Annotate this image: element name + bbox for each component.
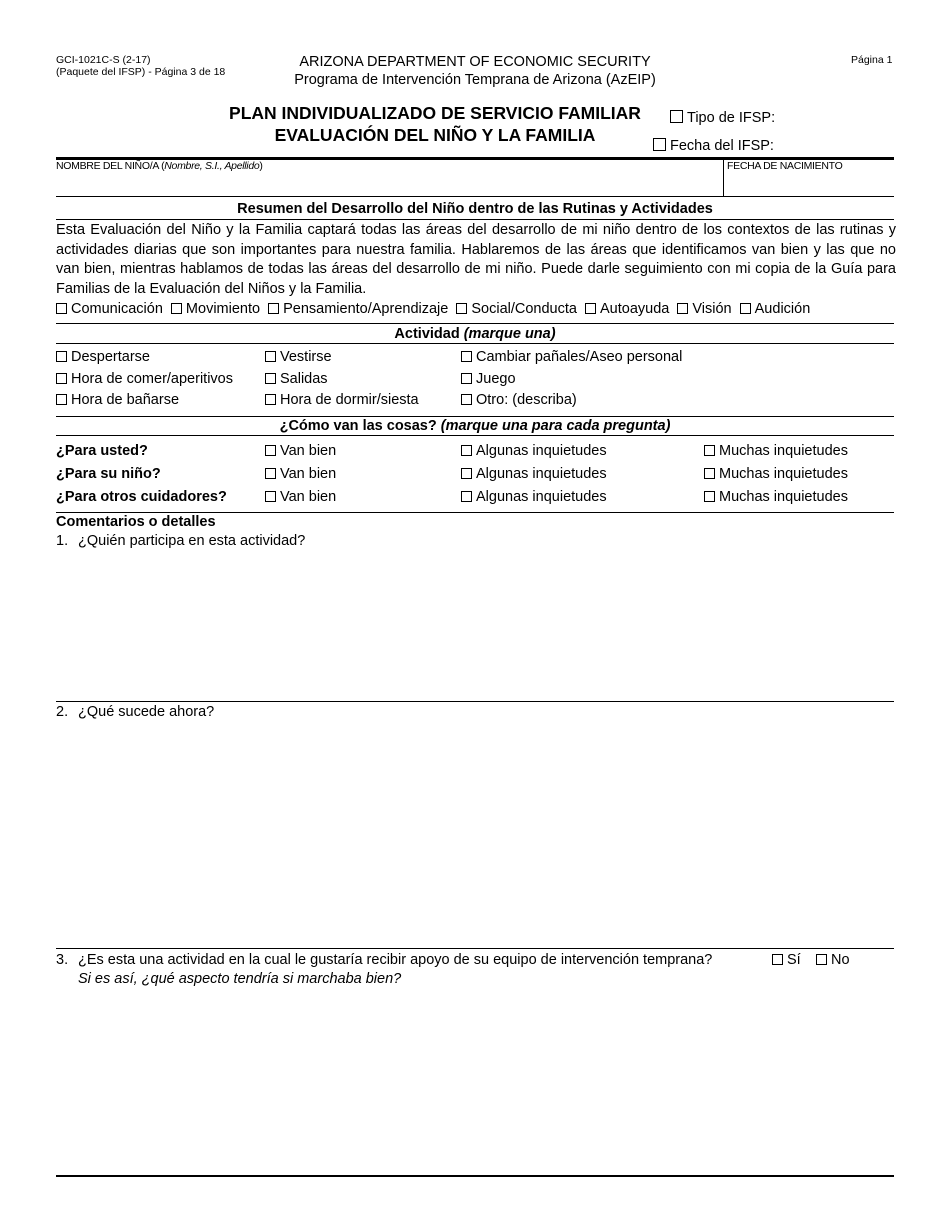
- area-autoayuda[interactable]: Autoayuda: [585, 301, 669, 317]
- checkbox[interactable]: [265, 491, 276, 502]
- area-movimiento[interactable]: Movimiento: [171, 301, 260, 317]
- checkbox[interactable]: [772, 954, 783, 965]
- comments-heading: Comentarios o detalles: [56, 513, 216, 531]
- how-going-heading: ¿Cómo van las cosas? (marque una para ca…: [56, 417, 894, 435]
- answer-2-input[interactable]: [56, 724, 898, 948]
- checkbox[interactable]: [461, 351, 472, 362]
- area-audicion[interactable]: Audición: [740, 301, 811, 317]
- divider: [56, 948, 894, 949]
- checkbox[interactable]: [816, 954, 827, 965]
- activity-dormir[interactable]: Hora de dormir/siesta: [265, 391, 419, 409]
- area-social[interactable]: Social/Conducta: [456, 301, 577, 317]
- question-3: ¿Es esta una actividad en la cual le gus…: [78, 951, 712, 969]
- checkbox[interactable]: [265, 468, 276, 479]
- checkbox[interactable]: [461, 445, 472, 456]
- checkbox[interactable]: [268, 303, 279, 314]
- q3-yes-option[interactable]: Sí: [772, 951, 801, 969]
- q3-no-option[interactable]: No: [816, 951, 850, 969]
- divider: [56, 701, 894, 702]
- activity-banarse[interactable]: Hora de bañarse: [56, 391, 179, 409]
- area-comunicacion[interactable]: Comunicación: [56, 301, 163, 317]
- ifsp-type-checkbox[interactable]: [670, 110, 683, 123]
- divider: [56, 343, 894, 344]
- packet-page: (Paquete del IFSP) - Página 3 de 18: [56, 66, 225, 78]
- program-name: Programa de Intervención Temprana de Ari…: [230, 71, 720, 89]
- checkbox[interactable]: [704, 468, 715, 479]
- activity-juego[interactable]: Juego: [461, 370, 516, 388]
- checkbox[interactable]: [56, 373, 67, 384]
- development-areas: Comunicación Movimiento Pensamiento/Apre…: [56, 300, 814, 318]
- checkbox[interactable]: [265, 394, 276, 405]
- area-pensamiento[interactable]: Pensamiento/Aprendizaje: [268, 301, 448, 317]
- checkbox[interactable]: [56, 394, 67, 405]
- dob-input[interactable]: [727, 174, 892, 194]
- checkbox[interactable]: [265, 373, 276, 384]
- ifsp-date-checkbox[interactable]: [653, 138, 666, 151]
- dob-label: FECHA DE NACIMIENTO: [727, 160, 842, 172]
- cuidadores-algunas[interactable]: Algunas inquietudes: [461, 488, 607, 506]
- answer-1-input[interactable]: [56, 552, 898, 702]
- divider: [56, 323, 894, 324]
- ifsp-date-label: Fecha del IFSP:: [670, 138, 774, 154]
- checkbox[interactable]: [461, 491, 472, 502]
- ifsp-type-label: Tipo de IFSP:: [687, 110, 775, 126]
- field-divider: [723, 160, 724, 196]
- question-para-usted: ¿Para usted?: [56, 442, 148, 460]
- summary-intro: Esta Evaluación del Niño y la Familia ca…: [56, 221, 896, 299]
- checkbox[interactable]: [56, 303, 67, 314]
- checkbox[interactable]: [704, 445, 715, 456]
- checkbox[interactable]: [265, 351, 276, 362]
- checkbox[interactable]: [585, 303, 596, 314]
- nino-van-bien[interactable]: Van bien: [265, 465, 336, 483]
- divider: [56, 219, 894, 220]
- checkbox[interactable]: [456, 303, 467, 314]
- ifsp-type-field[interactable]: Tipo de IFSP:: [670, 109, 775, 128]
- form-code: GCI-1021C-S (2-17): [56, 54, 151, 66]
- question-2-num: 2.: [56, 703, 68, 721]
- answer-3-input[interactable]: [56, 992, 898, 1176]
- question-3-num: 3.: [56, 951, 68, 969]
- child-name-input[interactable]: [56, 174, 716, 194]
- activity-despertarse[interactable]: Despertarse: [56, 348, 150, 366]
- nino-algunas[interactable]: Algunas inquietudes: [461, 465, 607, 483]
- activity-vestirse[interactable]: Vestirse: [265, 348, 332, 366]
- form-subtitle: EVALUACIÓN DEL NIÑO Y LA FAMILIA: [200, 124, 670, 146]
- form-title: PLAN INDIVIDUALIZADO DE SERVICIO FAMILIA…: [200, 102, 670, 124]
- activity-cambiar-panales[interactable]: Cambiar pañales/Aseo personal: [461, 348, 682, 366]
- activity-comer[interactable]: Hora de comer/aperitivos: [56, 370, 233, 388]
- ifsp-date-field[interactable]: Fecha del IFSP:: [653, 137, 774, 156]
- checkbox[interactable]: [461, 373, 472, 384]
- question-otros-cuidadores: ¿Para otros cuidadores?: [56, 488, 227, 506]
- activity-salidas[interactable]: Salidas: [265, 370, 328, 388]
- nino-muchas[interactable]: Muchas inquietudes: [704, 465, 848, 483]
- checkbox[interactable]: [56, 351, 67, 362]
- checkbox[interactable]: [740, 303, 751, 314]
- question-para-nino: ¿Para su niño?: [56, 465, 161, 483]
- question-3-followup: Si es así, ¿qué aspecto tendría si march…: [78, 970, 401, 988]
- question-1: ¿Quién participa en esta actividad?: [78, 532, 305, 550]
- cuidadores-van-bien[interactable]: Van bien: [265, 488, 336, 506]
- agency-name: ARIZONA DEPARTMENT OF ECONOMIC SECURITY: [230, 53, 720, 71]
- usted-algunas[interactable]: Algunas inquietudes: [461, 442, 607, 460]
- checkbox[interactable]: [265, 445, 276, 456]
- page-label: Página 1: [851, 54, 892, 66]
- summary-heading: Resumen del Desarrollo del Niño dentro d…: [56, 200, 894, 218]
- divider: [56, 435, 894, 436]
- question-1-num: 1.: [56, 532, 68, 550]
- divider: [56, 196, 894, 197]
- child-name-label: NOMBRE DEL NIÑO/A (Nombre, S.I., Apellid…: [56, 160, 263, 172]
- checkbox[interactable]: [171, 303, 182, 314]
- checkbox[interactable]: [704, 491, 715, 502]
- cuidadores-muchas[interactable]: Muchas inquietudes: [704, 488, 848, 506]
- footer-divider: [56, 1175, 894, 1177]
- checkbox[interactable]: [461, 394, 472, 405]
- activity-otro[interactable]: Otro: (describa): [461, 391, 577, 409]
- question-2: ¿Qué sucede ahora?: [78, 703, 214, 721]
- usted-van-bien[interactable]: Van bien: [265, 442, 336, 460]
- activity-heading: Actividad (marque una): [56, 325, 894, 343]
- checkbox[interactable]: [461, 468, 472, 479]
- usted-muchas[interactable]: Muchas inquietudes: [704, 442, 848, 460]
- checkbox[interactable]: [677, 303, 688, 314]
- area-vision[interactable]: Visión: [677, 301, 731, 317]
